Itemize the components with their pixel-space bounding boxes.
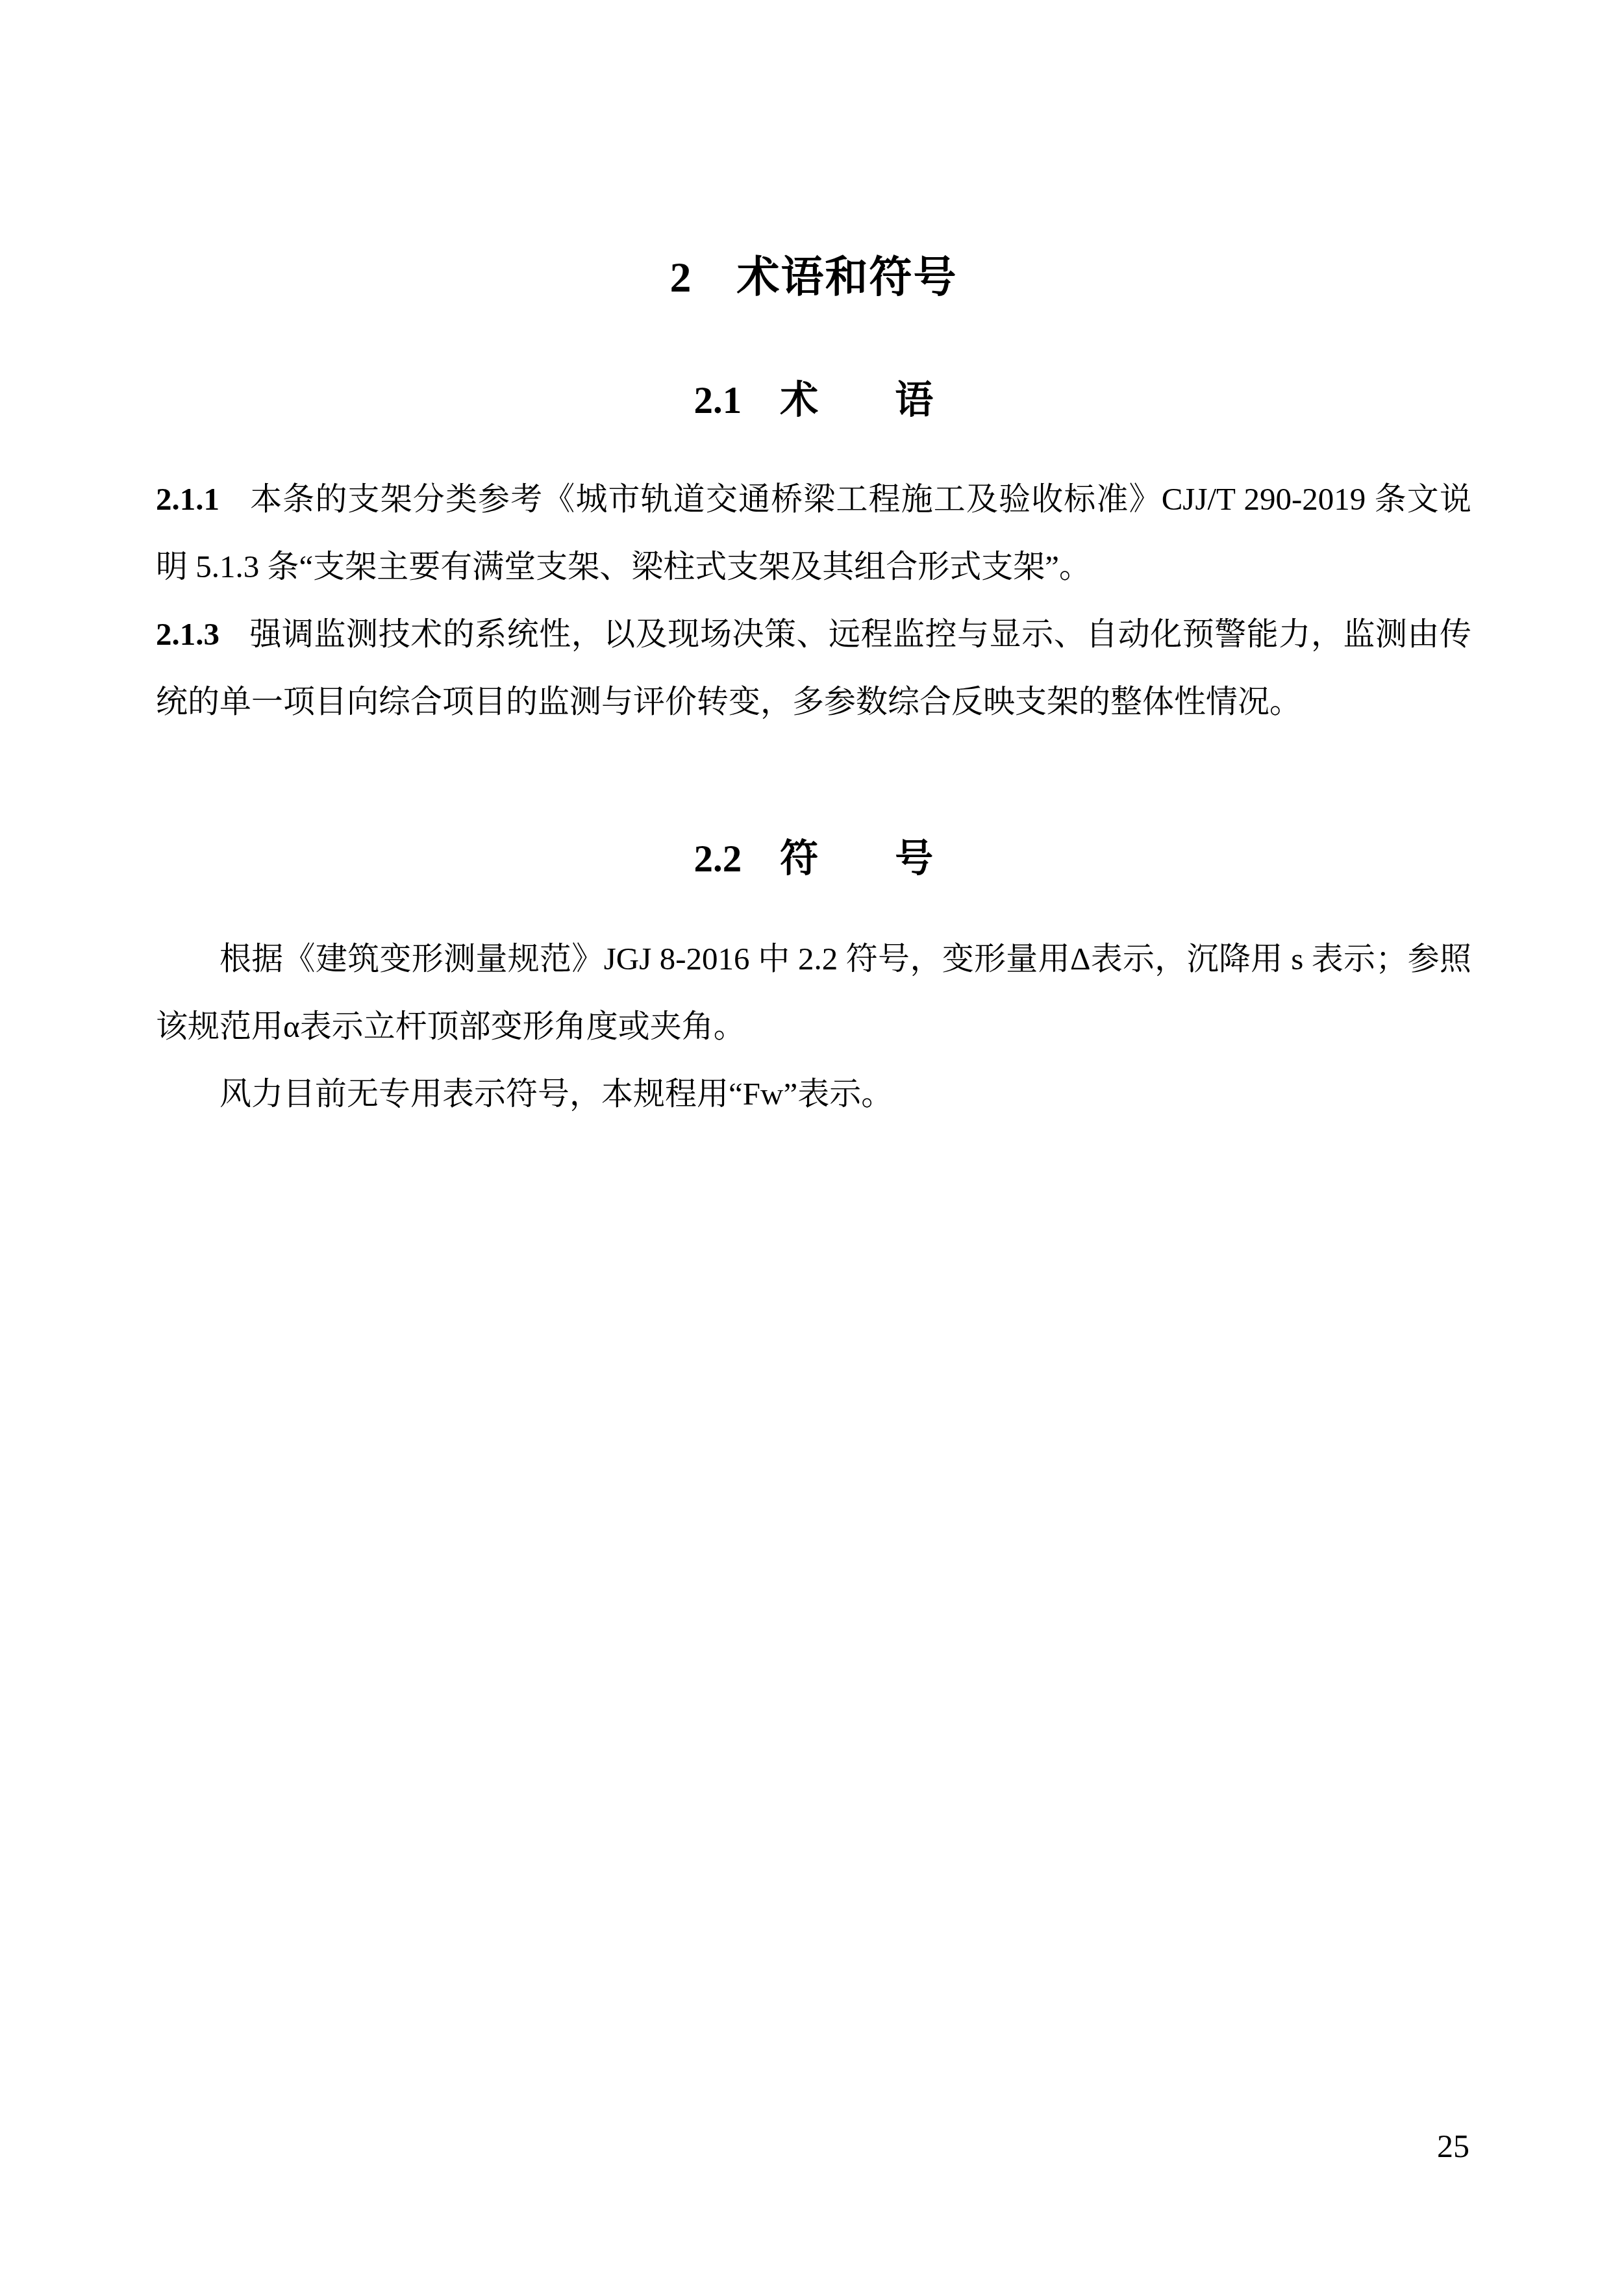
clause-2-1-3-text: 强调监测技术的系统性，以及现场决策、远程监控与显示、自动化预警能力，监测由传统的… [156,616,1471,719]
symbols-paragraph-1: 根据《建筑变形测量规范》JGJ 8-2016 中 2.2 符号，变形量用Δ表示，… [156,925,1471,1060]
clause-2-1-1: 2.1.1本条的支架分类参考《城市轨道交通桥梁工程施工及验收标准》CJJ/T 2… [156,466,1471,601]
section-terms-body: 2.1.1本条的支架分类参考《城市轨道交通桥梁工程施工及验收标准》CJJ/T 2… [156,466,1471,736]
chapter-title: 2 术语和符号 [156,0,1471,301]
page-number: 25 [1437,2128,1469,2164]
section-symbols: 2.2 符 号 根据《建筑变形测量规范》JGJ 8-2016 中 2.2 符号，… [156,838,1471,1128]
clause-2-1-3-label: 2.1.3 [156,616,219,652]
symbols-paragraph-2: 风力目前无专用表示符号，本规程用“Fw”表示。 [156,1060,1471,1128]
clause-2-1-1-text: 本条的支架分类参考《城市轨道交通桥梁工程施工及验收标准》CJJ/T 290-20… [156,481,1471,584]
section-heading-terms: 2.1 术 语 [156,380,1471,420]
section-heading-symbols: 2.2 符 号 [156,838,1471,879]
section-terms: 2.1 术 语 2.1.1本条的支架分类参考《城市轨道交通桥梁工程施工及验收标准… [156,380,1471,736]
clause-2-1-1-label: 2.1.1 [156,481,219,517]
document-page: 2 术语和符号 2.1 术 语 2.1.1本条的支架分类参考《城市轨道交通桥梁工… [0,0,1624,2296]
clause-2-1-3: 2.1.3强调监测技术的系统性，以及现场决策、远程监控与显示、自动化预警能力，监… [156,601,1471,736]
section-symbols-body: 根据《建筑变形测量规范》JGJ 8-2016 中 2.2 符号，变形量用Δ表示，… [156,925,1471,1128]
page-content: 2 术语和符号 2.1 术 语 2.1.1本条的支架分类参考《城市轨道交通桥梁工… [156,0,1471,1128]
